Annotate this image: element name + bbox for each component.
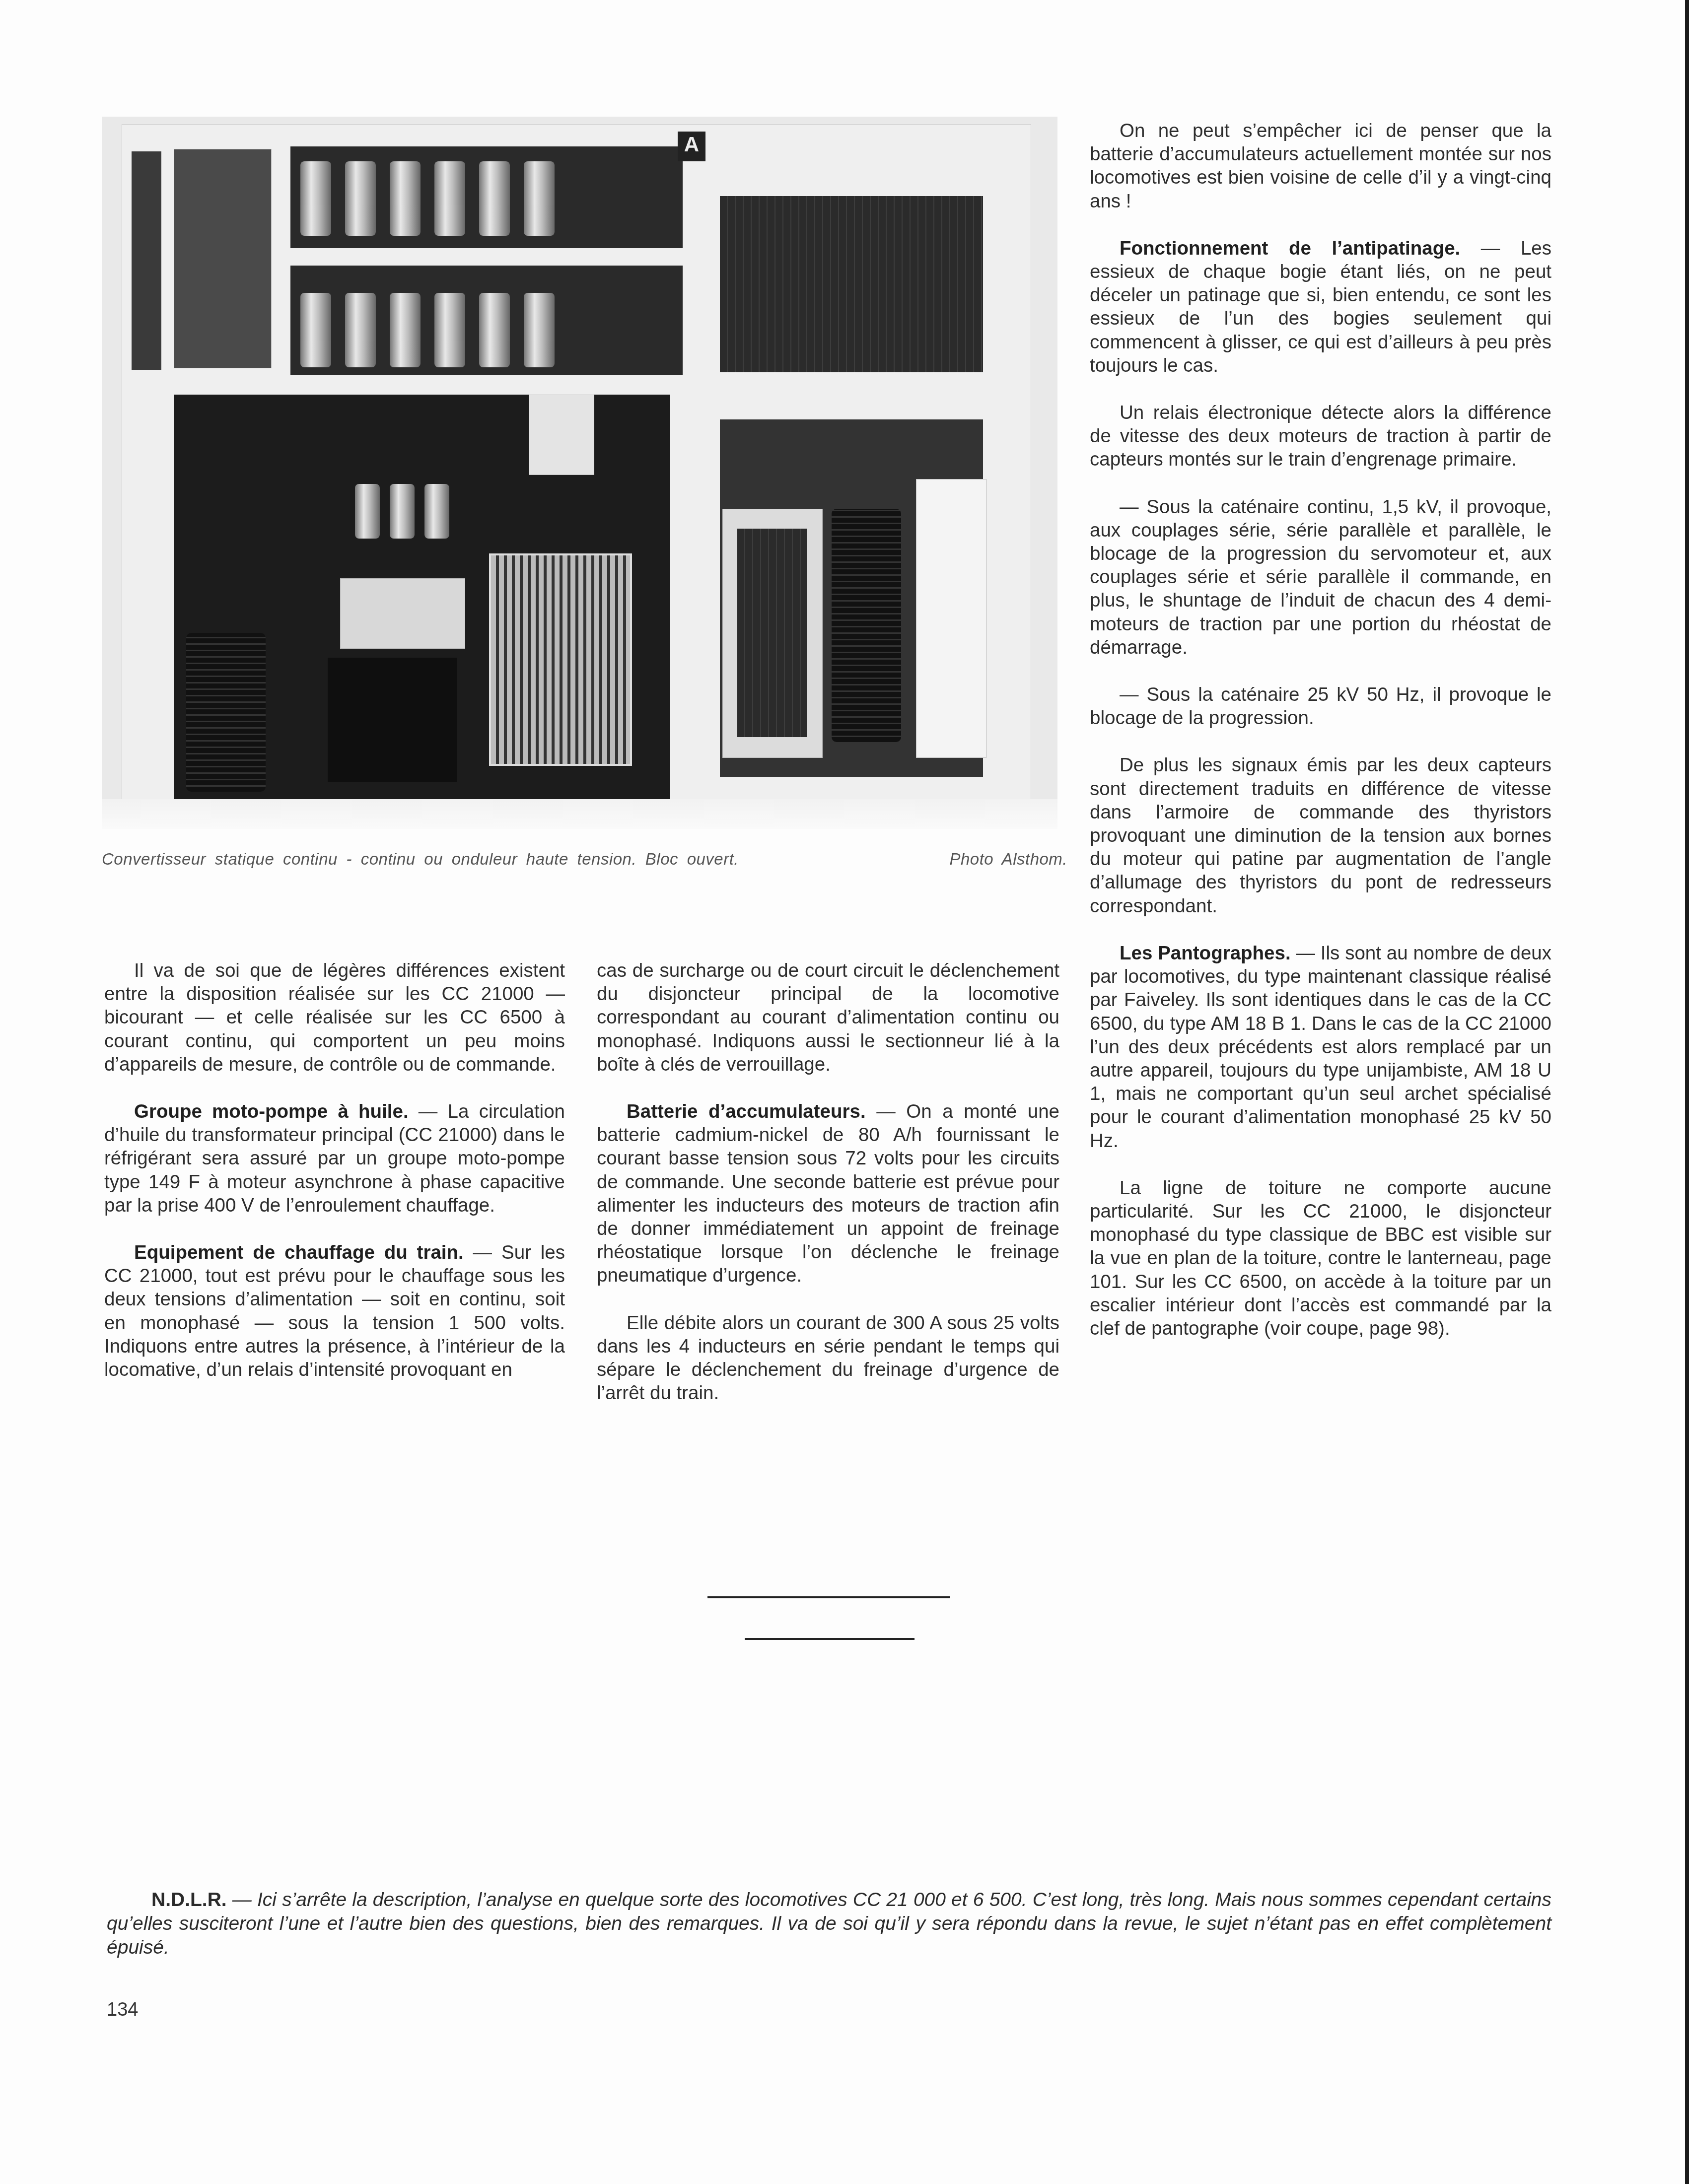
section-heading: Groupe moto-pompe à huile. xyxy=(134,1101,409,1122)
ndlr-label: N.D.L.R. xyxy=(151,1889,227,1911)
capacitor xyxy=(355,484,380,539)
thyristor-module xyxy=(340,578,465,649)
capacitor xyxy=(390,293,421,367)
section-heading: Equipement de chauffage du train. xyxy=(134,1242,464,1263)
paragraph-antipatinage: Fonctionnement de l’antipatinage. — Les … xyxy=(1090,237,1551,377)
paragraph-text: — On a monté une batterie cadmium-nickel… xyxy=(597,1101,1059,1286)
end-rule-long xyxy=(707,1596,950,1598)
paragraph-text: — Ils sont au nombre de deux par locomot… xyxy=(1090,943,1551,1152)
control-boards xyxy=(720,196,983,372)
capacitor xyxy=(300,293,331,367)
heatsink xyxy=(489,553,632,766)
paragraph-pantographes: Les Pantographes. — Ils sont au nombre d… xyxy=(1090,942,1551,1153)
photo-floor xyxy=(102,799,1057,829)
section-heading: Fonctionnement de l’antipatinage. xyxy=(1120,238,1460,259)
section-heading: Les Pantographes. xyxy=(1120,943,1291,964)
side-panel xyxy=(132,151,161,370)
junction-box xyxy=(174,149,272,368)
large-inductor-coil xyxy=(832,509,901,742)
page-number: 134 xyxy=(107,1999,138,2021)
capacitor xyxy=(434,293,465,367)
capacitor xyxy=(345,161,376,236)
capacitor xyxy=(300,161,331,236)
inductor-coil xyxy=(186,633,266,792)
paragraph: — Sous la caténaire continu, 1,5 kV, il … xyxy=(1090,495,1551,659)
paragraph: Il va de soi que de légères différences … xyxy=(104,959,565,1076)
paragraph: On ne peut s’empêcher ici de penser que … xyxy=(1090,119,1551,213)
paragraph: Un relais électronique détecte alors la … xyxy=(1090,401,1551,472)
right-column: On ne peut s’empêcher ici de penser que … xyxy=(1090,119,1551,1364)
capacitor xyxy=(524,161,555,236)
middle-column: cas de surcharge ou de court circuit le … xyxy=(597,959,1059,1429)
capacitor xyxy=(345,293,376,367)
capacitor xyxy=(479,161,510,236)
alsthom-logo: A xyxy=(678,132,705,161)
relay-box xyxy=(529,395,594,475)
ndlr-text: — Ici s’arrête la description, l’analyse… xyxy=(107,1889,1551,1958)
paragraph: Elle débite alors un courant de 300 A so… xyxy=(597,1311,1059,1405)
paragraph: De plus les signaux émis par les deux ca… xyxy=(1090,753,1551,917)
caption-text: Convertisseur statique continu - continu… xyxy=(102,850,739,869)
capacitor xyxy=(479,293,510,367)
paragraph-continued: cas de surcharge ou de court circuit le … xyxy=(597,959,1059,1076)
resistor-frame xyxy=(916,479,986,758)
figure-caption: Convertisseur statique continu - continu… xyxy=(102,850,1067,875)
converter-photo: A xyxy=(102,117,1057,829)
photo-credit: Photo Alsthom. xyxy=(949,850,1067,869)
transformer xyxy=(328,658,457,782)
paragraph-pompe: Groupe moto-pompe à huile. — La circu­la… xyxy=(104,1100,565,1217)
paragraph-chauffage: Equipement de chauffage du train. — Sur … xyxy=(104,1241,565,1381)
paragraph: — Sous la caténaire 25 kV 50 Hz, il pro­… xyxy=(1090,683,1551,730)
left-column: Il va de soi que de légères différences … xyxy=(104,959,565,1405)
paragraph: La ligne de toiture ne comporte aucune p… xyxy=(1090,1176,1551,1340)
page-edge-shadow xyxy=(1685,0,1689,2184)
capacitor xyxy=(524,293,555,367)
capacitor xyxy=(390,484,415,539)
end-rule-short xyxy=(745,1638,915,1640)
paragraph-batterie: Batterie d’accumulateurs. — On a monté u… xyxy=(597,1100,1059,1288)
capacitor xyxy=(390,161,421,236)
capacitor xyxy=(434,161,465,236)
editors-note: N.D.L.R. — Ici s’arrête la description, … xyxy=(107,1888,1551,1960)
inverter-board xyxy=(737,529,807,737)
capacitor xyxy=(424,484,449,539)
section-heading: Batterie d’accumulateurs. xyxy=(627,1101,866,1122)
